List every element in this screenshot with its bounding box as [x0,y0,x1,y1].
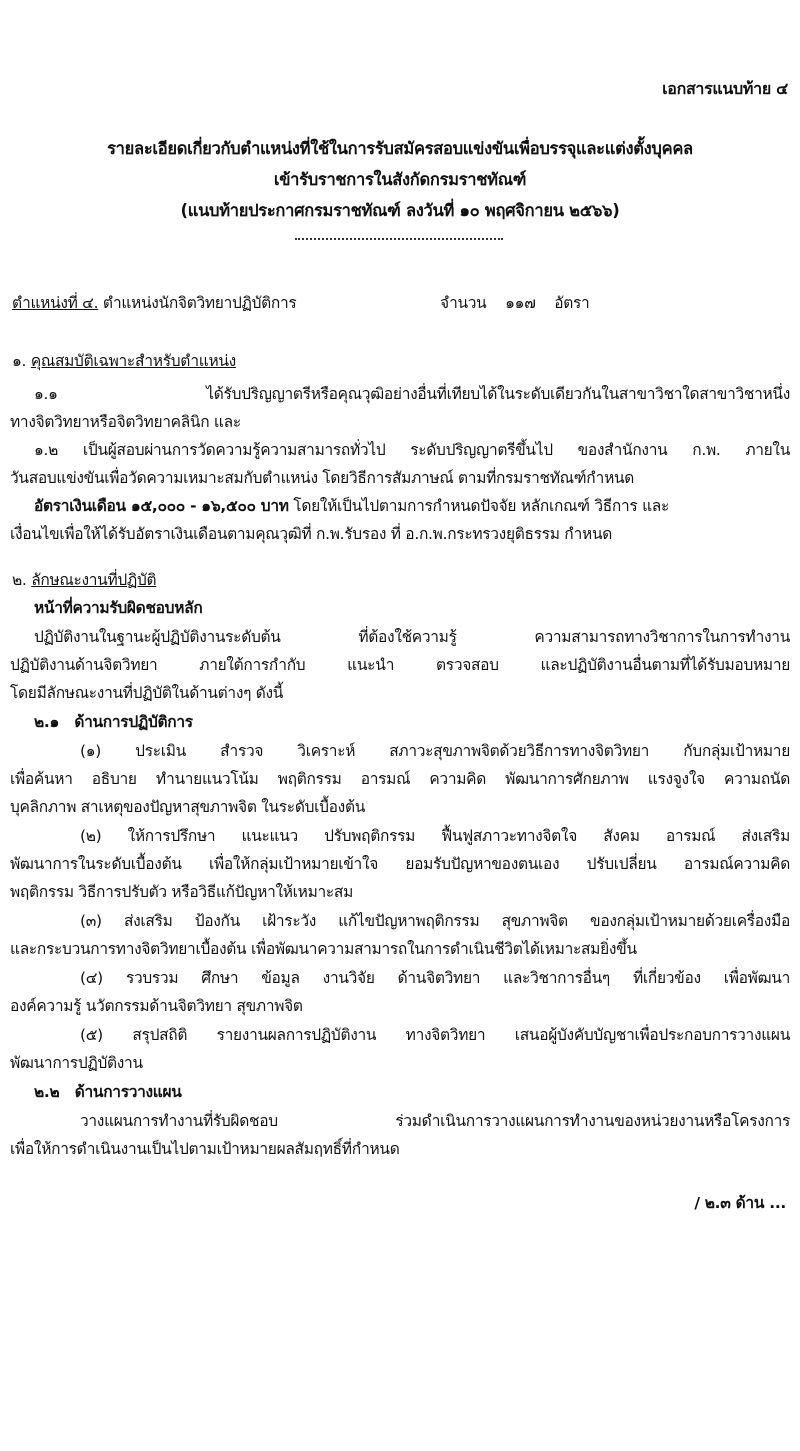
section-2-number: ๒. [12,571,27,589]
section-2-1-heading: ๒.๑ ด้านการปฏิบัติการ [34,711,193,733]
section-1-2-line-1: ๑.๒ เป็นผู้สอบผ่านการวัดความรู้ความสามาร… [34,439,790,461]
document-page: เอกสารแนบท้าย ๔ รายละเอียดเกี่ยวกับตำแหน… [0,0,800,1451]
duty-2-line-1: (๒) ให้การปรึกษา แนะแนว ปรับพฤติกรรม ฟื้… [80,825,790,847]
title-divider [295,238,503,240]
section-2-2-title: ด้านการวางแผน [75,1083,182,1101]
document-title-line-3: (แนบท้ายประกาศกรมราชทัณฑ์ ลงวันที่ ๑๐ พฤ… [0,200,800,222]
position-count-unit: อัตรา [554,294,589,312]
duty-1-line-3: บุคลิกภาพ สาเหตุของปัญหาสุขภาพจิต ในระดั… [10,796,365,818]
document-title-line-1: รายละเอียดเกี่ยวกับตำแหน่งที่ใช้ในการรับ… [0,138,800,160]
section-2-intro-line-2: ปฏิบัติงานด้านจิตวิทยา ภายใต้การกำกับ แน… [10,654,790,676]
planning-line-1: วางแผนการทำงานที่รับผิดชอบ ร่วมดำเนินการ… [80,1110,790,1132]
section-1-heading: ๑. คุณสมบัติเฉพาะสำหรับตำแหน่ง [12,350,236,372]
duty-1-line-2: เพื่อค้นหา อธิบาย ทำนายแนวโน้ม พฤติกรรม … [10,768,790,790]
section-2-2-number: ๒.๒ [34,1083,59,1101]
salary-conditions: โดยให้เป็นไปตามการกำหนดปัจจัย หลักเกณฑ์ … [289,497,669,515]
planning-line-2: เพื่อให้การดำเนินงานเป็นไปตามเป้าหมายผลส… [10,1138,399,1160]
duty-1-line-1: (๑) ประเมิน สำรวจ วิเคราะห์ สภาวะสุขภาพจ… [80,740,790,762]
section-2-intro-line-3: โดยมีลักษณะงานที่ปฏิบัติในด้านต่างๆ ดังน… [10,682,283,704]
duty-2-line-2: พัฒนาการในระดับเบื้องต้น เพื่อให้กลุ่มเป… [10,853,790,875]
duty-3-line-1: (๓) ส่งเสริม ป้องกัน เฝ้าระวัง แก้ไขปัญห… [80,910,790,932]
continuation-note: / ๒.๓ ด้าน ... [694,1192,786,1214]
position-count: จำนวน ๑๑๗ อัตรา [440,292,589,314]
section-1-number: ๑. [12,352,26,370]
main-responsibilities-heading: หน้าที่ความรับผิดชอบหลัก [34,597,202,619]
duty-3-line-2: และกระบวนการทางจิตวิทยาเบื้องต้น เพื่อพั… [10,938,637,960]
section-2-title: ลักษณะงานที่ปฏิบัติ [31,571,156,589]
position-count-value: ๑๑๗ [505,294,535,312]
duty-4-line-2: องค์ความรู้ นวัตกรรมด้านจิตวิทยา สุขภาพจ… [10,995,303,1017]
section-2-1-number: ๒.๑ [34,713,59,731]
duty-5-line-1: (๕) สรุปสถิติ รายงานผลการปฏิบัติงาน ทางจ… [80,1024,790,1046]
section-2-2-heading: ๒.๒ ด้านการวางแผน [34,1081,182,1103]
document-title-line-2: เข้ารับราชการในสังกัดกรมราชทัณฑ์ [0,169,800,191]
salary-range: อัตราเงินเดือน ๑๕,๐๐๐ - ๑๖,๕๐๐ บาท [34,497,289,515]
position-heading: ตำแหน่งที่ ๔. ตำแหน่งนักจิตวิทยาปฏิบัติก… [12,292,296,314]
duty-2-line-3: พฤติกรรม วิธีการปรับตัว หรือวิธีแก้ปัญหา… [10,881,353,903]
position-number: ตำแหน่งที่ ๔. [12,294,98,312]
section-2-intro-line-1: ปฏิบัติงานในฐานะผู้ปฏิบัติงานระดับต้น ที… [34,626,790,648]
section-1-1-line-1: ๑.๑ ได้รับปริญญาตรีหรือคุณวุฒิอย่างอื่นท… [34,383,790,405]
section-1-2-line-2: วันสอบแข่งขันเพื่อวัดความเหมาะสมกับตำแหน… [10,467,634,489]
salary-line-2: เงื่อนไขเพื่อให้ได้รับอัตราเงินเดือนตามค… [10,523,612,545]
duty-4-line-1: (๔) รวบรวม ศึกษา ข้อมูล งานวิจัย ด้านจิต… [80,967,790,989]
section-1-1-line-2: ทางจิตวิทยาหรือจิตวิทยาคลินิก และ [10,411,241,433]
section-2-1-title: ด้านการปฏิบัติการ [74,713,192,731]
position-count-label: จำนวน [440,294,486,312]
duty-5-line-2: พัฒนาการปฏิบัติงาน [10,1052,143,1074]
section-1-title: คุณสมบัติเฉพาะสำหรับตำแหน่ง [31,352,236,370]
annex-label: เอกสารแนบท้าย ๔ [662,78,788,100]
salary-line-1: อัตราเงินเดือน ๑๕,๐๐๐ - ๑๖,๕๐๐ บาท โดยให… [34,495,790,517]
section-2-heading: ๒. ลักษณะงานที่ปฏิบัติ [12,569,156,591]
position-name: ตำแหน่งนักจิตวิทยาปฏิบัติการ [103,294,297,312]
